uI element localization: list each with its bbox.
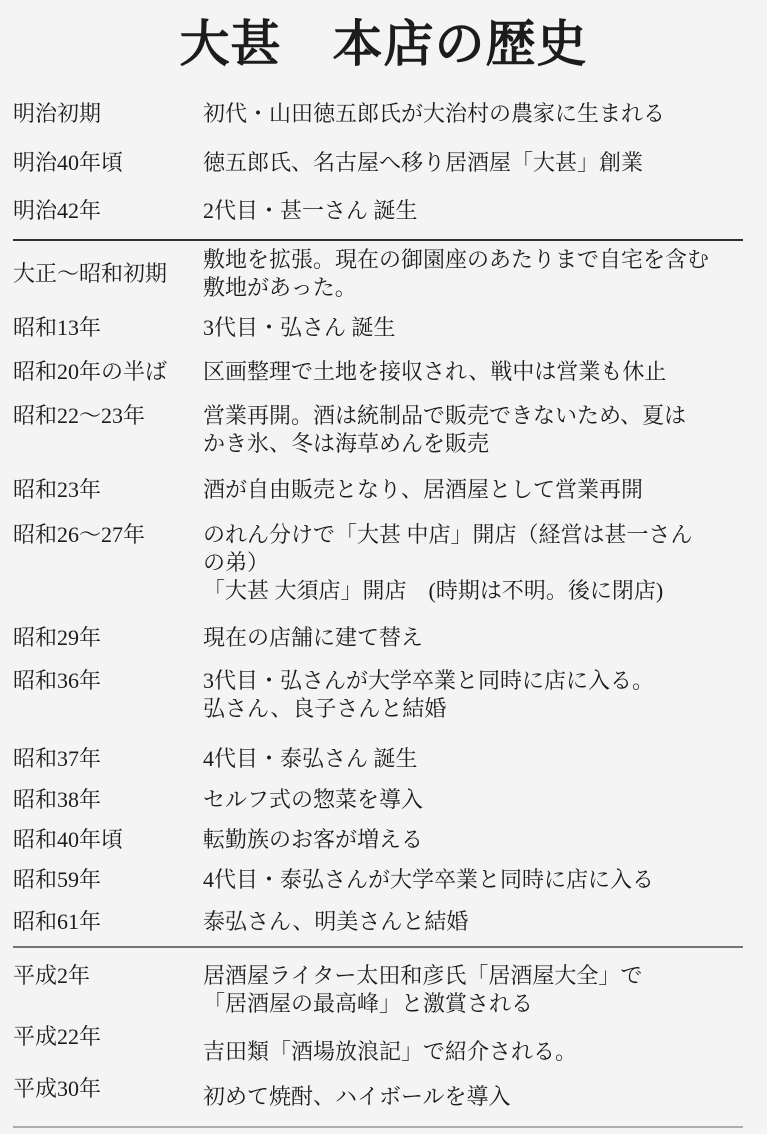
timeline-row: 昭和13年 3代目・弘さん 誕生 <box>13 314 753 342</box>
section-divider <box>13 1126 743 1128</box>
era-description: 徳五郎氏、名古屋へ移り居酒屋「大甚」創業 <box>203 149 753 177</box>
era-description: 区画整理で土地を接収され、戦中は営業も休止 <box>203 358 753 386</box>
era-label: 昭和40年頃 <box>13 826 203 854</box>
timeline-row: 昭和36年 3代目・弘さんが大学卒業と同時に店に入る。 弘さん、良子さんと結婚 <box>13 667 753 723</box>
timeline-row: 昭和22～23年 営業再開。酒は統制品で販売できないため、夏は かき氷、冬は海草… <box>13 402 753 458</box>
era-label: 昭和26～27年 <box>13 521 203 549</box>
era-description: 敷地を拡張。現在の御園座のあたりまで自宅を含む 敷地があった。 <box>203 246 753 302</box>
era-description: 4代目・泰弘さんが大学卒業と同時に店に入る <box>203 866 753 894</box>
era-description: 転勤族のお客が増える <box>203 826 753 854</box>
era-label: 昭和38年 <box>13 786 203 814</box>
era-description: 4代目・泰弘さん 誕生 <box>203 745 753 773</box>
era-label: 昭和36年 <box>13 667 203 695</box>
timeline-row: 明治42年 2代目・甚一さん 誕生 <box>13 197 753 225</box>
era-label: 大正～昭和初期 <box>13 246 203 288</box>
timeline-row: 昭和37年 4代目・泰弘さん 誕生 <box>13 745 753 773</box>
timeline-row: 大正～昭和初期 敷地を拡張。現在の御園座のあたりまで自宅を含む 敷地があった。 <box>13 246 753 302</box>
history-document-page: 大甚 本店の歴史 明治初期 初代・山田徳五郎氏が大治村の農家に生まれる 明治40… <box>0 0 767 1134</box>
era-description: 2代目・甚一さん 誕生 <box>203 197 753 225</box>
timeline-row: 昭和61年 泰弘さん、明美さんと結婚 <box>13 908 753 936</box>
era-description: 3代目・弘さんが大学卒業と同時に店に入る。 弘さん、良子さんと結婚 <box>203 667 753 723</box>
timeline-row: 明治40年頃 徳五郎氏、名古屋へ移り居酒屋「大甚」創業 <box>13 149 753 177</box>
era-label: 平成2年 <box>13 962 203 990</box>
era-label: 明治40年頃 <box>13 149 203 177</box>
era-description: 吉田類「酒場放浪記」で紹介される。 <box>203 1023 753 1066</box>
era-description: セルフ式の惣菜を導入 <box>203 786 753 814</box>
era-label: 昭和20年の半ば <box>13 358 203 386</box>
era-label: 昭和61年 <box>13 908 203 936</box>
timeline-row: 平成22年 吉田類「酒場放浪記」で紹介される。 <box>13 1023 753 1066</box>
timeline-row: 昭和59年 4代目・泰弘さんが大学卒業と同時に店に入る <box>13 866 753 894</box>
era-description: 泰弘さん、明美さんと結婚 <box>203 908 753 936</box>
era-description: 現在の店舗に建て替え <box>203 624 753 652</box>
era-label: 平成30年 <box>13 1075 203 1103</box>
era-label: 昭和22～23年 <box>13 402 203 430</box>
timeline-row: 昭和29年 現在の店舗に建て替え <box>13 624 753 652</box>
era-label: 昭和23年 <box>13 476 203 504</box>
section-divider <box>13 239 743 241</box>
timeline-row: 昭和40年頃 転勤族のお客が増える <box>13 826 753 854</box>
era-description: 3代目・弘さん 誕生 <box>203 314 753 342</box>
era-label: 昭和59年 <box>13 866 203 894</box>
timeline-row: 昭和23年 酒が自由販売となり、居酒屋として営業再開 <box>13 476 753 504</box>
timeline-row: 昭和38年 セルフ式の惣菜を導入 <box>13 786 753 814</box>
era-description: 酒が自由販売となり、居酒屋として営業再開 <box>203 476 753 504</box>
timeline-row: 昭和20年の半ば 区画整理で土地を接収され、戦中は営業も休止 <box>13 358 753 386</box>
timeline-row: 平成30年 初めて焼酎、ハイボールを導入 <box>13 1075 753 1111</box>
era-description: 初めて焼酎、ハイボールを導入 <box>203 1075 753 1111</box>
timeline-row: 昭和26～27年 のれん分けで「大甚 中店」開店（経営は甚一さん の弟） 「大甚… <box>13 521 753 605</box>
timeline-row: 明治初期 初代・山田徳五郎氏が大治村の農家に生まれる <box>13 100 753 128</box>
era-label: 明治42年 <box>13 197 203 225</box>
era-description: 初代・山田徳五郎氏が大治村の農家に生まれる <box>203 100 753 128</box>
era-description: のれん分けで「大甚 中店」開店（経営は甚一さん の弟） 「大甚 大須店」開店 (… <box>203 521 753 605</box>
section-divider <box>13 946 743 948</box>
era-description: 居酒屋ライター太田和彦氏「居酒屋大全」で 「居酒屋の最高峰」と激賞される <box>203 962 753 1018</box>
timeline-row: 平成2年 居酒屋ライター太田和彦氏「居酒屋大全」で 「居酒屋の最高峰」と激賞され… <box>13 962 753 1018</box>
era-label: 明治初期 <box>13 100 203 128</box>
era-label: 昭和37年 <box>13 745 203 773</box>
era-description: 営業再開。酒は統制品で販売できないため、夏は かき氷、冬は海草めんを販売 <box>203 402 753 458</box>
era-label: 平成22年 <box>13 1023 203 1051</box>
era-label: 昭和29年 <box>13 624 203 652</box>
page-title: 大甚 本店の歴史 <box>0 12 767 77</box>
era-label: 昭和13年 <box>13 314 203 342</box>
